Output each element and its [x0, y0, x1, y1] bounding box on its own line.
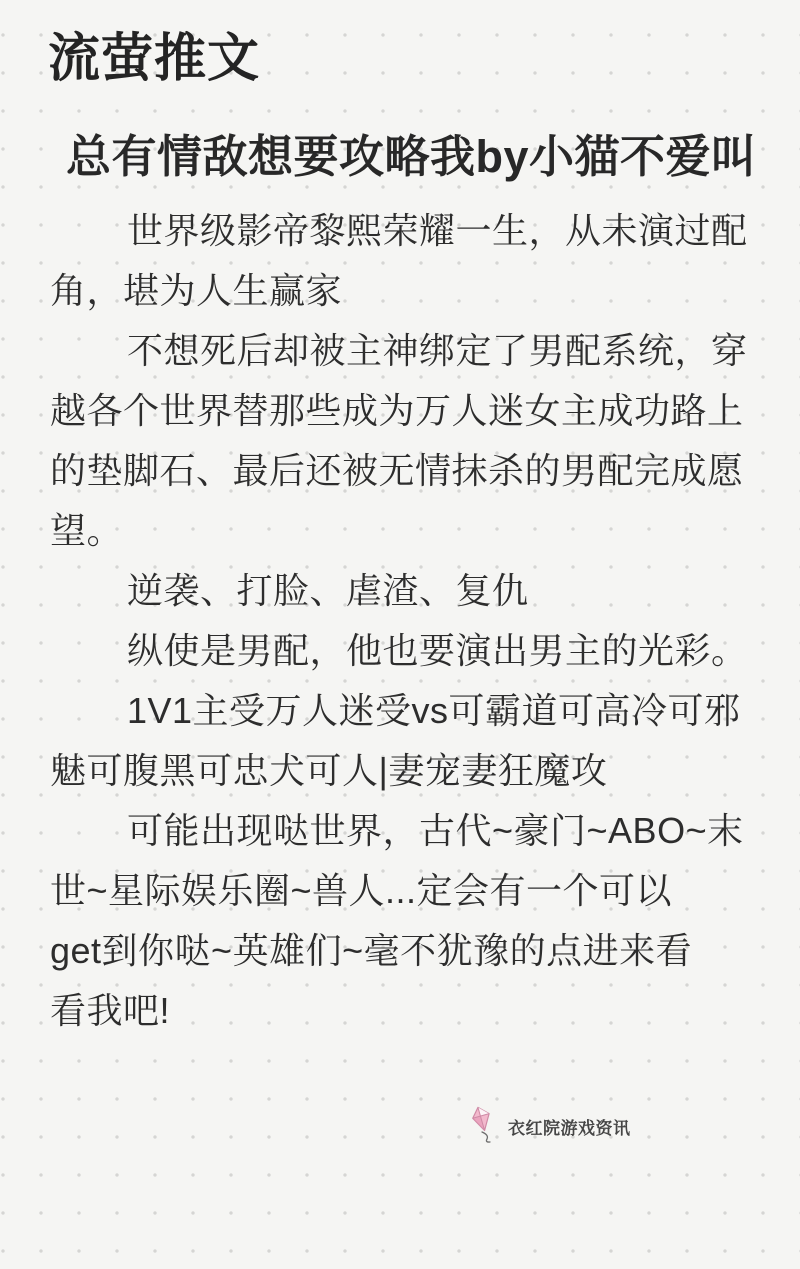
body-line: 1V1主受万人迷受vs可霸道可高冷可邪 [50, 681, 760, 741]
body-line: 看我吧! [50, 981, 760, 1041]
body-line: 世~星际娱乐圈~兽人...定会有一个可以 [50, 861, 760, 921]
body-line: 魅可腹黑可忠犬可人|妻宠妻狂魔攻 [50, 741, 760, 801]
watermark: 衣红院游戏资讯 [470, 1106, 631, 1144]
body-line: 越各个世界替那些成为万人迷女主成功路上 [50, 381, 760, 441]
body-line: 的垫脚石、最后还被无情抹杀的男配完成愿 [50, 441, 760, 501]
page: 流萤推文 总有情敌想要攻略我by小猫不爱叫 世界级影帝黎熙荣耀一生，从未演过配角… [0, 0, 800, 1269]
body-line: 角，堪为人生赢家 [50, 261, 760, 321]
body-line: 逆袭、打脸、虐渣、复仇 [50, 561, 760, 621]
body-line: 世界级影帝黎熙荣耀一生，从未演过配 [50, 201, 760, 261]
body-line: 可能出现哒世界，古代~豪门~ABO~末 [50, 801, 760, 861]
body-line: 不想死后却被主神绑定了男配系统，穿 [50, 321, 760, 381]
body-line: 纵使是男配，他也要演出男主的光彩。 [50, 621, 760, 681]
body-line: get到你哒~英雄们~毫不犹豫的点进来看 [50, 921, 760, 981]
watermark-text: 衣红院游戏资讯 [508, 1106, 631, 1139]
body-line: 望。 [50, 501, 760, 561]
kite-icon [470, 1106, 496, 1144]
page-title: 流萤推文 [48, 26, 260, 92]
article-heading: 总有情敌想要攻略我by小猫不爱叫 [66, 126, 757, 188]
article-body: 世界级影帝黎熙荣耀一生，从未演过配角，堪为人生赢家不想死后却被主神绑定了男配系统… [50, 201, 760, 1041]
